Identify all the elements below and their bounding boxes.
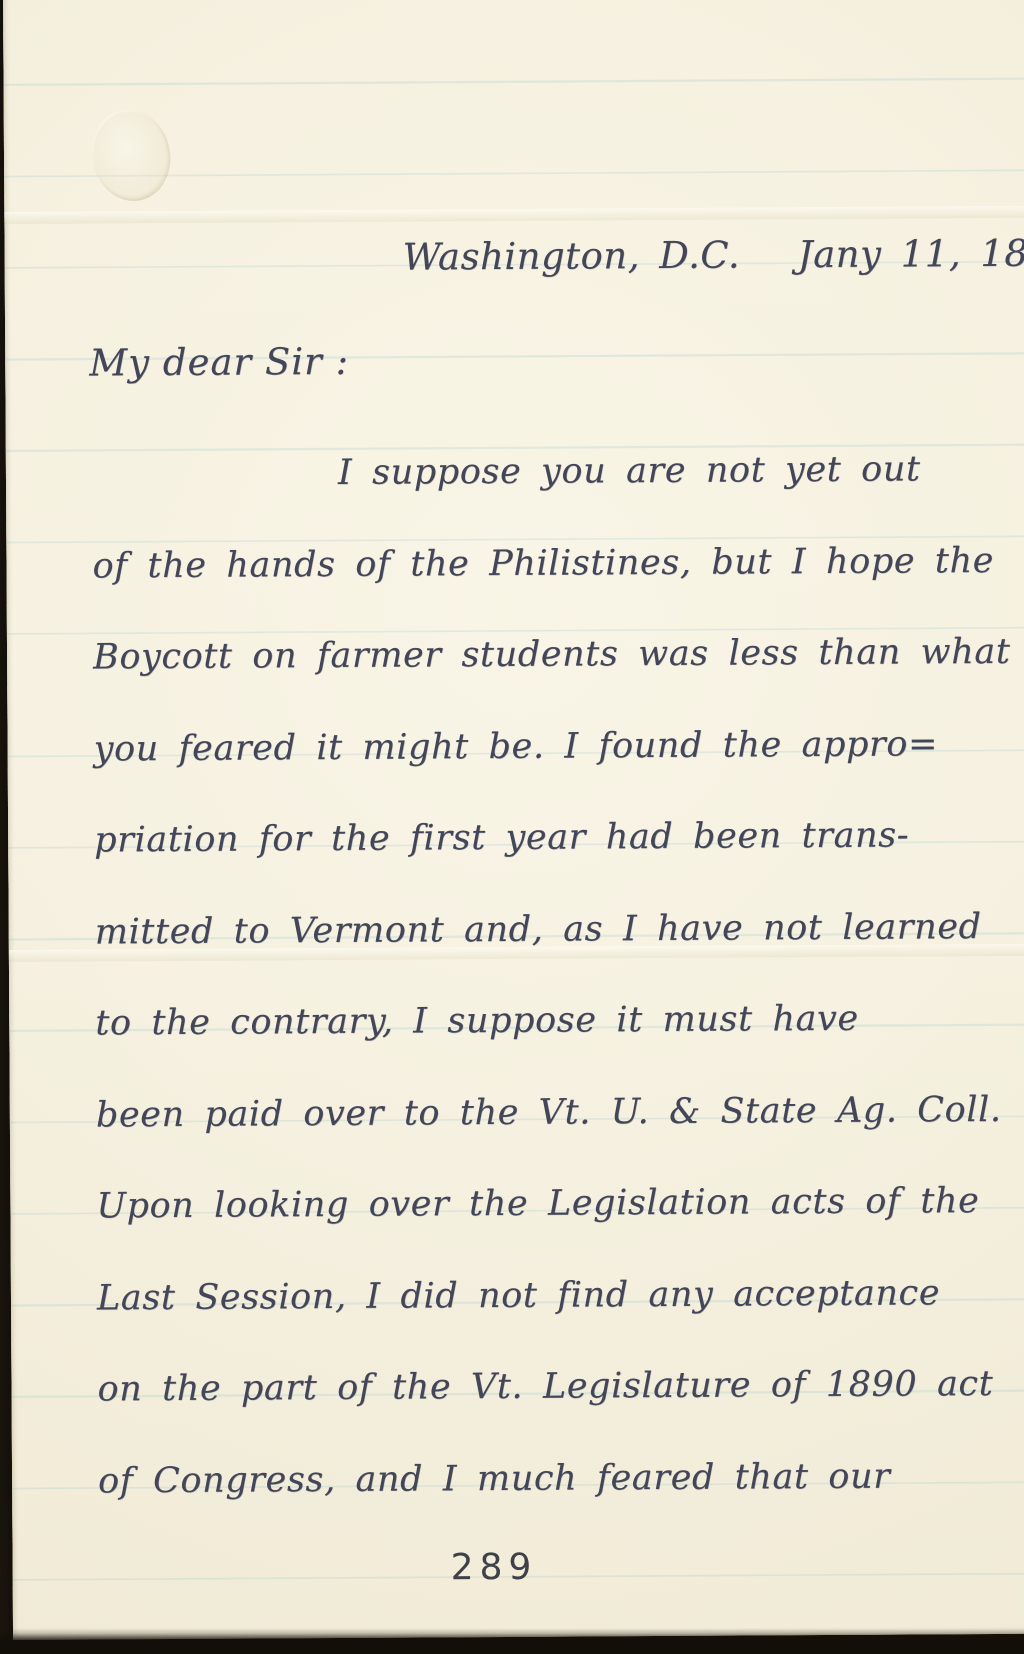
letter-line: priation for the first year had been tra…: [94, 790, 975, 887]
dateline: Washington, D.C. Jany 11, 1891: [403, 231, 1024, 278]
scanned-letter-page: Washington, D.C. Jany 11, 1891 My dear S…: [0, 0, 1024, 1654]
letter-line: on the part of the Vt. Legislature of 18…: [97, 1339, 978, 1436]
letter-paper: Washington, D.C. Jany 11, 1891 My dear S…: [3, 0, 1024, 1640]
letter-body: I suppose you are not yet out of the han…: [92, 424, 979, 1527]
letter-line: mitted to Vermont and, as I have not lea…: [94, 882, 975, 979]
letter-line: of the hands of the Philistines, but I h…: [92, 516, 973, 613]
letter-line: of Congress, and I much feared that our: [98, 1431, 979, 1528]
letter-line: been paid over to the Vt. U. & State Ag.…: [96, 1065, 977, 1162]
letter-line: to the contrary, I suppose it must have: [95, 973, 976, 1070]
salutation: My dear Sir :: [89, 340, 349, 385]
letter-line: I suppose you are not yet out: [92, 424, 973, 521]
letter-line: Upon looking over the Legislation acts o…: [96, 1156, 977, 1253]
letter-line: you feared it might be. I found the appr…: [93, 699, 974, 796]
page-number: 289: [451, 1547, 538, 1589]
letter-line: Boycott on farmer students was less than…: [93, 607, 974, 704]
letter-line: Last Session, I did not find any accepta…: [97, 1248, 978, 1345]
